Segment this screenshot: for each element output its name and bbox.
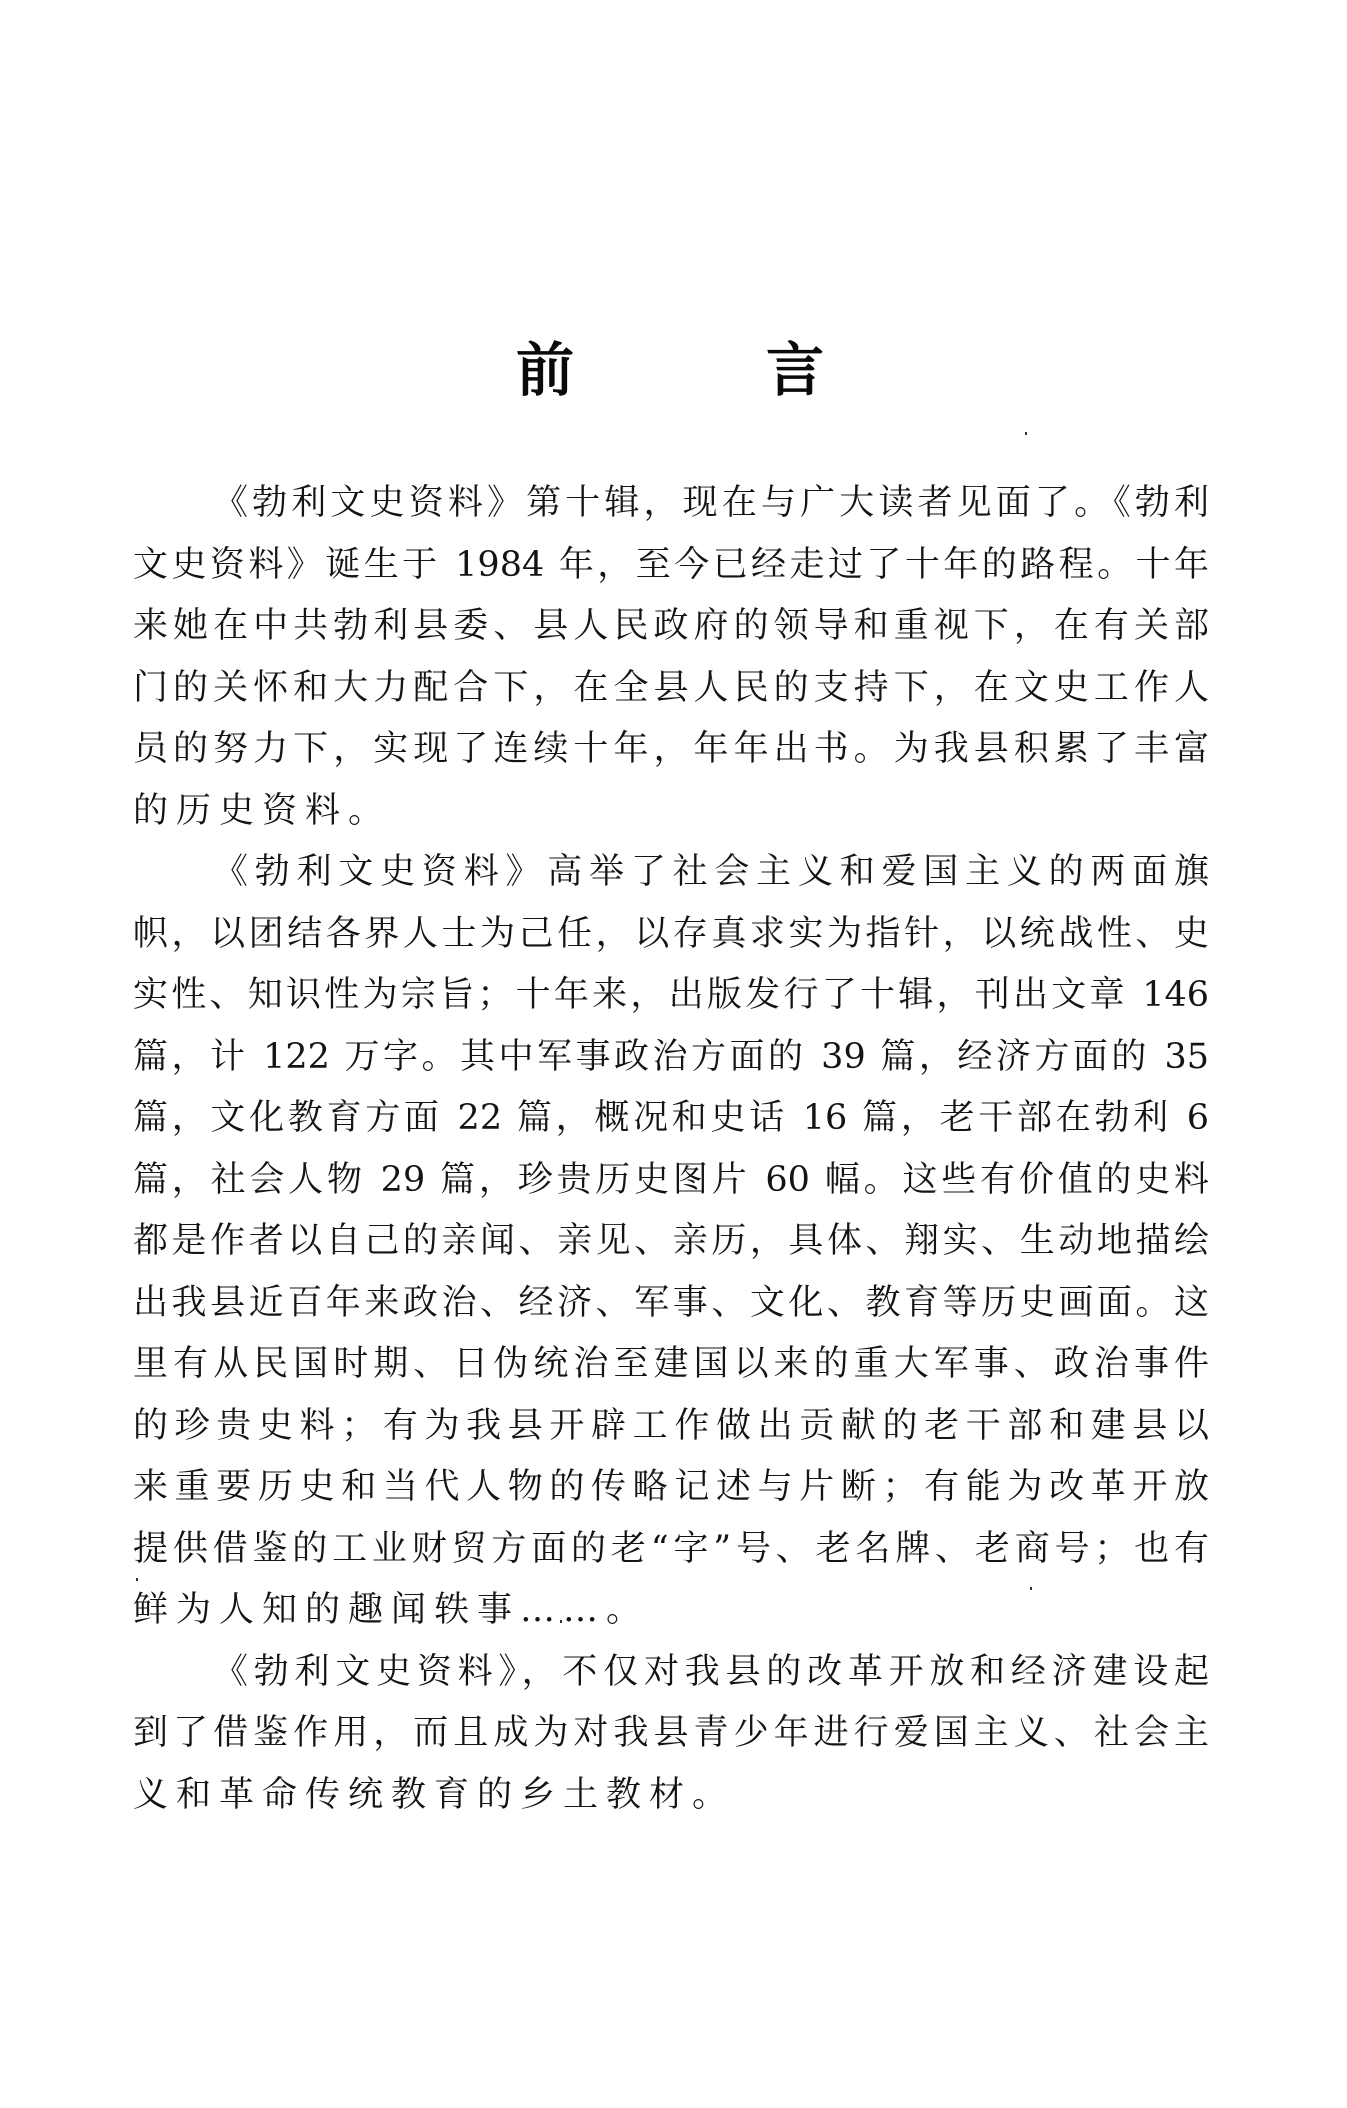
text-line: 员的努力下，实现了连续十年，年年出书。为我县积累了丰富 <box>133 719 1209 781</box>
text-line: 鲜为人知的趣闻轶事……。 <box>133 1580 1209 1642</box>
text-line: 篇，计 122 万字。其中军事政治方面的 39 篇，经济方面的 35 <box>133 1027 1209 1089</box>
text-line: 帜，以团结各界人士为己任，以存真求实为指针，以统战性、史 <box>133 904 1209 966</box>
text-line: 篇，社会人物 29 篇，珍贵历史图片 60 幅。这些有价值的史料 <box>133 1150 1209 1212</box>
paragraph-1: 《勃利文史资料》第十辑，现在与广大读者见面了。《勃利 文史资料》诞生于 1984… <box>133 473 1209 842</box>
scan-speck <box>1030 1587 1032 1590</box>
scan-speck <box>560 1620 562 1623</box>
paragraph-2: 《勃利文史资料》高举了社会主义和爱国主义的两面旗 帜，以团结各界人士为己任，以存… <box>133 842 1209 1642</box>
document-page: 前 言 《勃利文史资料》第十辑，现在与广大读者见面了。《勃利 文史资料》诞生于 … <box>0 0 1347 2108</box>
text-line: 文史资料》诞生于 1984 年，至今已经走过了十年的路程。十年 <box>133 535 1209 597</box>
text-line: 的珍贵史料；有为我县开辟工作做出贡献的老干部和建县以 <box>133 1396 1209 1458</box>
text-line: 提供借鉴的工业财贸方面的老“字”号、老名牌、老商号；也有 <box>133 1519 1209 1581</box>
text-line: 《勃利文史资料》，不仅对我县的改革开放和经济建设起 <box>133 1642 1209 1704</box>
text-line: 到了借鉴作用，而且成为对我县青少年进行爱国主义、社会主 <box>133 1703 1209 1765</box>
text-line: 来重要历史和当代人物的传略记述与片断；有能为改革开放 <box>133 1457 1209 1519</box>
text-line: 都是作者以自己的亲闻、亲见、亲历，具体、翔实、生动地描绘 <box>133 1211 1209 1273</box>
preface-body: 《勃利文史资料》第十辑，现在与广大读者见面了。《勃利 文史资料》诞生于 1984… <box>133 473 1209 1826</box>
text-line: 来她在中共勃利县委、县人民政府的领导和重视下，在有关部 <box>133 596 1209 658</box>
page-title: 前 言 <box>0 330 1347 410</box>
text-line: 《勃利文史资料》第十辑，现在与广大读者见面了。《勃利 <box>133 473 1209 535</box>
paragraph-3: 《勃利文史资料》，不仅对我县的改革开放和经济建设起 到了借鉴作用，而且成为对我县… <box>133 1642 1209 1827</box>
text-line: 出我县近百年来政治、经济、军事、文化、教育等历史画面。这 <box>133 1273 1209 1335</box>
text-line: 篇，文化教育方面 22 篇，概况和史话 16 篇，老干部在勃利 6 <box>133 1088 1209 1150</box>
text-line: 门的关怀和大力配合下，在全县人民的支持下，在文史工作人 <box>133 658 1209 720</box>
scan-speck <box>1025 432 1027 435</box>
text-line: 实性、知识性为宗旨；十年来，出版发行了十辑，刊出文章 146 <box>133 965 1209 1027</box>
text-line: 的历史资料。 <box>133 781 1209 843</box>
text-line: 里有从民国时期、日伪统治至建国以来的重大军事、政治事件 <box>133 1334 1209 1396</box>
scan-speck <box>136 1578 138 1581</box>
text-line: 《勃利文史资料》高举了社会主义和爱国主义的两面旗 <box>133 842 1209 904</box>
title-char-qian: 前 <box>516 330 574 410</box>
title-char-yan: 言 <box>766 330 824 410</box>
text-line: 义和革命传统教育的乡土教材。 <box>133 1765 1209 1827</box>
